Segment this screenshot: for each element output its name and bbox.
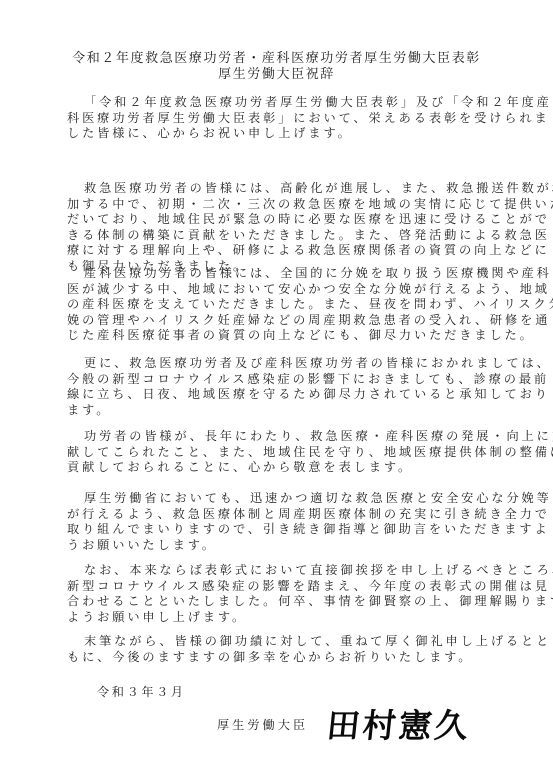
text-line: 「令和２年度救急医療功労者厚生労働大臣表彰」及び「令和２年度産: [67, 95, 483, 111]
paragraph-respect: 功労者の皆様が、長年にわたり、救急医療・産科医療の発展・向上に貢 献してこられた…: [67, 429, 483, 476]
paragraph-congratulations: 「令和２年度救急医療功労者厚生労働大臣表彰」及び「令和２年度産 科医療功労者厚生…: [67, 95, 483, 142]
text-line: した皆様に、心からお祝い申し上げます。: [67, 126, 483, 142]
text-line: 救急医療功労者の皆様には、高齢化が進展し、また、救急搬送件数が増: [67, 181, 483, 197]
text-line: 今般の新型コロナウイルス感染症の影響下におきましても、診療の最前: [67, 372, 483, 388]
text-line: なお、本来ならば表彰式において直接御挨拶を申し上げるべきところ、: [67, 563, 483, 579]
text-line: 功労者の皆様が、長年にわたり、救急医療・産科医療の発展・向上に貢: [67, 429, 483, 445]
paragraph-covid-frontline: 更に、救急医療功労者及び産科医療功労者の皆様におかれましては、 今般の新型コロナ…: [67, 356, 483, 418]
text-line: 合わせることといたしました。何卒、事情を御賢察の上、御理解賜ります: [67, 594, 483, 610]
paragraph-ceremony-cancelled: なお、本来ならば表彰式において直接御挨拶を申し上げるべきところ、 新型コロナウイ…: [67, 563, 483, 625]
text-line: 科医療功労者厚生労働大臣表彰」において、栄えある表彰を受けられま: [67, 111, 483, 127]
text-line: 末筆ながら、皆様の御功績に対して、重ねて厚く御礼申し上げるとと: [67, 634, 483, 650]
document-page: 令和２年度救急医療功労者・産科医療功労者厚生労働大臣表彰 厚生労働大臣祝辞 「令…: [0, 0, 553, 781]
text-line: 貢献しておられることに、心から敬意を表します。: [67, 460, 483, 476]
text-line: の産科医療を支えていただきました。また、昼夜を問わず、ハイリスク分: [67, 297, 483, 313]
text-line: 新型コロナウイルス感染症の影響を踏まえ、今年度の表彰式の開催は見: [67, 579, 483, 595]
paragraph-closing: 末筆ながら、皆様の御功績に対して、重ねて厚く御礼申し上げるとと もに、今後のます…: [67, 634, 483, 665]
text-line: 産科医療功労者の皆様には、全国的に分娩を取り扱う医療機関や産科: [67, 266, 483, 282]
text-line: 線に立ち、日夜、地域医療を守るため御尽力されていると承知しており: [67, 387, 483, 403]
document-date: 令和３年３月: [97, 683, 186, 700]
text-line: だいており、地域住民が緊急の時に必要な医療を迅速に受けることがで: [67, 212, 483, 228]
text-line: もに、今後のますますの御多幸を心からお祈りいたします。: [67, 650, 483, 666]
text-line: 厚生労働省においても、迅速かつ適切な救急医療と安全安心な分娩等: [67, 491, 483, 507]
document-subtitle: 厚生労働大臣祝辞: [0, 63, 553, 82]
text-line: ます。: [67, 403, 483, 419]
text-line: きる体制の構築に貢献をいただきました。また、啓発活動による救急医: [67, 228, 483, 244]
text-line: 更に、救急医療功労者及び産科医療功労者の皆様におかれましては、: [67, 356, 483, 372]
text-line: 取り組んでまいりますので、引き続き御指導と御助言をいただきますよ: [67, 522, 483, 538]
text-line: じた産科医療従事者の資質の向上などにも、御尽力いただきました。: [67, 328, 483, 344]
signature: 田村憲久: [325, 700, 474, 747]
paragraph-obstetrics: 産科医療功労者の皆様には、全国的に分娩を取り扱う医療機関や産科 医が減少する中、…: [67, 266, 483, 344]
paragraph-emergency-medicine: 救急医療功労者の皆様には、高齢化が進展し、また、救急搬送件数が増 加する中で、初…: [67, 181, 483, 275]
text-line: 娩の管理やハイリスク妊産婦などの周産期救急患者の受入れ、研修を通: [67, 313, 483, 329]
text-line: 献してこられたこと、また、地域住民を守り、地域医療提供体制の整備に: [67, 445, 483, 461]
text-line: 医が減少する中、地域において安心かつ安全な分娩が行えるよう、地域: [67, 282, 483, 298]
text-line: 療に対する理解向上や、研修による救急医療関係者の資質の向上などに: [67, 243, 483, 259]
text-line: ようお願い申し上げます。: [67, 610, 483, 626]
text-line: 加する中で、初期・二次・三次の救急医療を地域の実情に応じて提供いた: [67, 197, 483, 213]
text-line: が行えるよう、救急医療体制と周産期医療体制の充実に引き続き全力で: [67, 507, 483, 523]
text-line: うお願いいたします。: [67, 538, 483, 554]
paragraph-ministry-commitment: 厚生労働省においても、迅速かつ適切な救急医療と安全安心な分娩等 が行えるよう、救…: [67, 491, 483, 553]
minister-title: 厚生労働大臣: [217, 716, 308, 733]
